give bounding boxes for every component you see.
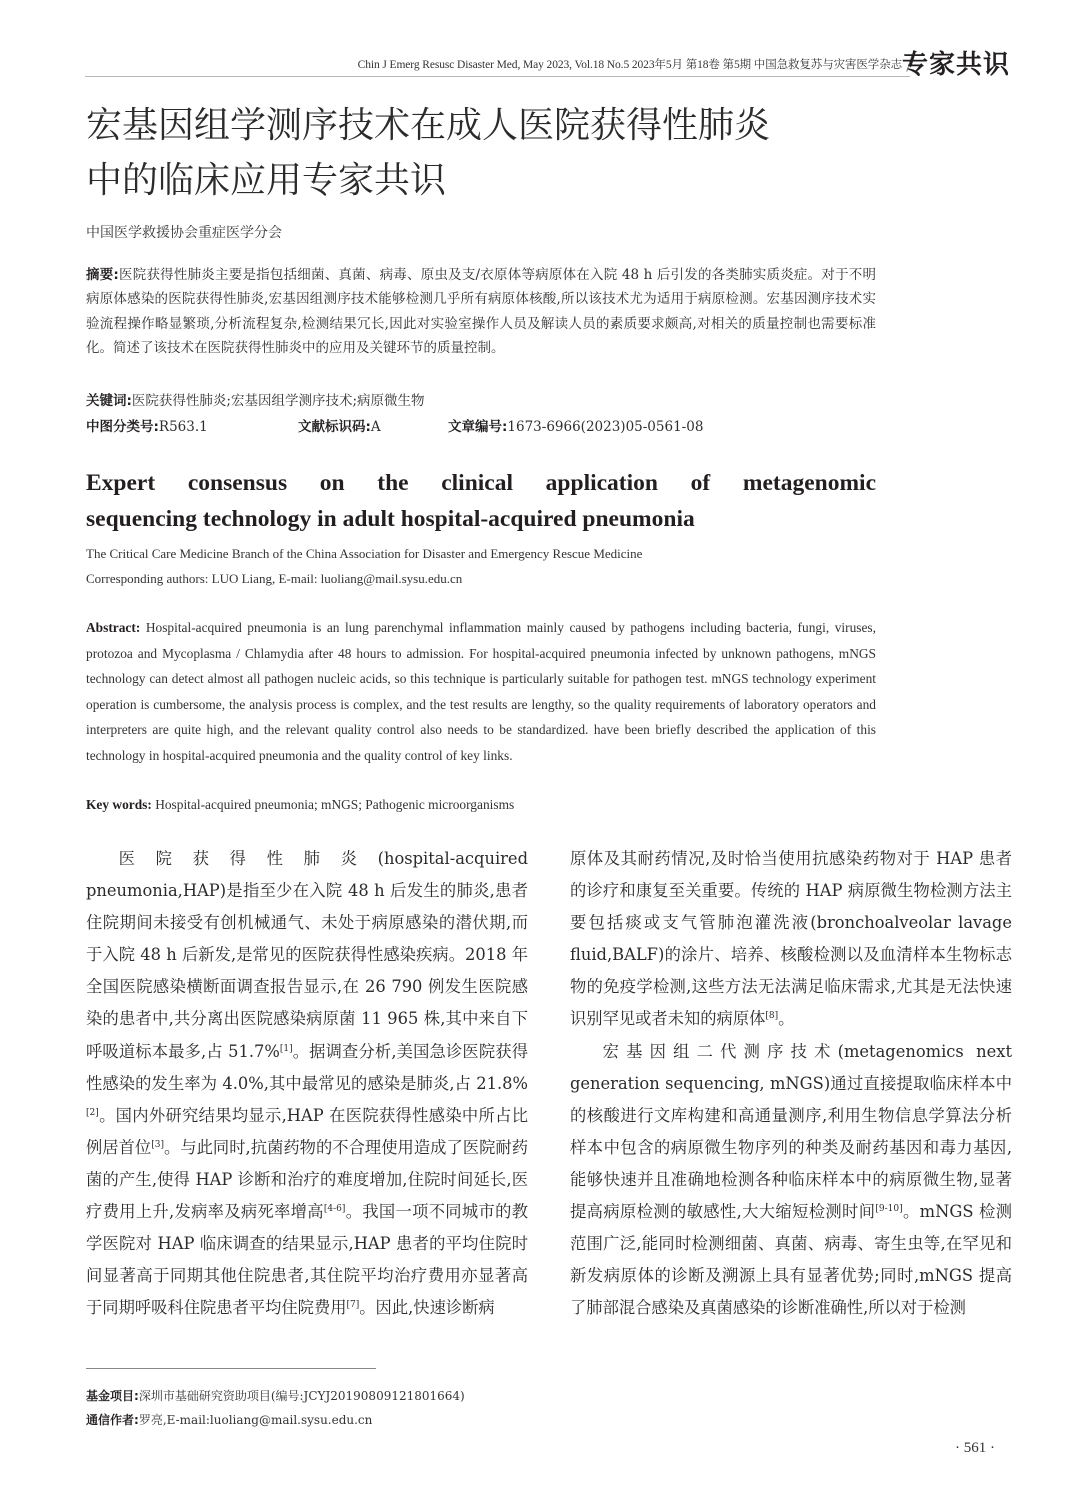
running-header: Chin J Emerg Resusc Disaster Med, May 20…: [85, 48, 1010, 78]
keywords-cn: 关键词:医院获得性肺炎;宏基因组学测序技术;病原微生物: [86, 389, 425, 413]
body-paragraph: 宏基因组二代测序技术(metagenomics next generation …: [570, 1036, 1012, 1325]
body-paragraph: 医院获得性肺炎(hospital-acquired pneumonia,HAP)…: [86, 843, 528, 1324]
class-number-value: R563.1: [159, 419, 208, 435]
page-number: · 561 ·: [955, 1440, 995, 1457]
section-label: 专家共识: [902, 44, 1010, 81]
funding-text: 深圳市基础研究资助项目(编号:JCYJ20190809121801664): [139, 1389, 465, 1403]
citation-ref[interactable]: [4-6]: [324, 1204, 346, 1214]
abstract-cn: 摘要:医院获得性肺炎主要是指包括细菌、真菌、病毒、原虫及支/衣原体等病原体在入院…: [86, 263, 876, 360]
body-text: 医院获得性肺炎(hospital-acquired pneumonia,HAP)…: [86, 849, 528, 1061]
title-en-line2: sequencing technology in adult hospital-…: [86, 506, 695, 532]
citation-ref[interactable]: [2]: [86, 1108, 99, 1118]
keywords-en-label: Key words:: [86, 797, 152, 812]
body-paragraph: 原体及其耐药情况,及时恰当使用抗感染药物对于 HAP 患者的诊疗和康复至关重要。…: [570, 843, 1012, 1036]
keywords-en-text: Hospital-acquired pneumonia; mNGS; Patho…: [152, 797, 514, 812]
citation-ref[interactable]: [3]: [151, 1140, 164, 1150]
abstract-en-label: Abstract:: [86, 620, 140, 635]
footnote-corresponding: 通信作者:罗亮,E-mail:luoliang@mail.sysu.edu.cn: [86, 1410, 372, 1430]
body-text: 宏基因组二代测序技术(metagenomics next generation …: [570, 1042, 1012, 1221]
class-number-label: 中图分类号:: [86, 419, 159, 435]
body-text: 。: [778, 1009, 794, 1028]
article-number-value: 1673-6966(2023)05-0561-08: [507, 419, 703, 435]
title-cn-line2: 中的临床应用专家共识: [86, 160, 446, 201]
abstract-cn-text: 医院获得性肺炎主要是指包括细菌、真菌、病毒、原虫及支/衣原体等病原体在入院 48…: [86, 267, 876, 356]
corresponding-author-en: Corresponding authors: LUO Liang, E-mail…: [86, 566, 462, 591]
body-column-right: 原体及其耐药情况,及时恰当使用抗感染药物对于 HAP 患者的诊疗和康复至关重要。…: [570, 843, 1012, 1324]
keywords-cn-text: 医院获得性肺炎;宏基因组学测序技术;病原微生物: [132, 393, 425, 409]
doc-code-label: 文献标识码:: [298, 419, 371, 435]
abstract-cn-label: 摘要:: [86, 267, 119, 283]
funding-label: 基金项目:: [86, 1389, 139, 1403]
citation-ref[interactable]: [1]: [280, 1044, 293, 1054]
keywords-cn-label: 关键词:: [86, 393, 132, 409]
page-title-en: Expert consensus on the clinical applica…: [86, 465, 876, 537]
abstract-en: Abstract: Hospital-acquired pneumonia is…: [86, 615, 876, 769]
body-text: 原体及其耐药情况,及时恰当使用抗感染药物对于 HAP 患者的诊疗和康复至关重要。…: [570, 849, 1012, 1028]
title-en-line1: Expert consensus on the clinical applica…: [86, 465, 876, 501]
classification-line: 中图分类号:R563.1文献标识码:A文章编号:1673-6966(2023)0…: [86, 415, 886, 439]
footnote-divider: [86, 1368, 376, 1369]
corresponding-label: 通信作者:: [86, 1413, 139, 1427]
citation-ref[interactable]: [9-10]: [875, 1204, 902, 1214]
doc-code-value: A: [371, 419, 381, 435]
journal-citation: Chin J Emerg Resusc Disaster Med, May 20…: [358, 56, 902, 72]
citation-ref[interactable]: [8]: [765, 1011, 778, 1021]
footnote-funding: 基金项目:深圳市基础研究资助项目(编号:JCYJ2019080912180166…: [86, 1386, 465, 1406]
author-organization-cn: 中国医学救援协会重症医学分会: [86, 222, 282, 242]
page-title-cn: 宏基因组学测序技术在成人医院获得性肺炎 中的临床应用专家共识: [86, 98, 846, 208]
citation-ref[interactable]: [7]: [347, 1300, 360, 1310]
author-organization-en: The Critical Care Medicine Branch of the…: [86, 541, 642, 566]
article-number-label: 文章编号:: [448, 419, 507, 435]
abstract-en-text: Hospital-acquired pneumonia is an lung p…: [86, 620, 876, 763]
title-cn-line1: 宏基因组学测序技术在成人医院获得性肺炎: [86, 105, 770, 146]
body-column-left: 医院获得性肺炎(hospital-acquired pneumonia,HAP)…: [86, 843, 528, 1324]
corresponding-text: 罗亮,E-mail:luoliang@mail.sysu.edu.cn: [139, 1413, 373, 1427]
header-divider: [85, 76, 910, 77]
keywords-en: Key words: Hospital-acquired pneumonia; …: [86, 792, 514, 817]
body-text: 。因此,快速诊断病: [359, 1298, 494, 1317]
